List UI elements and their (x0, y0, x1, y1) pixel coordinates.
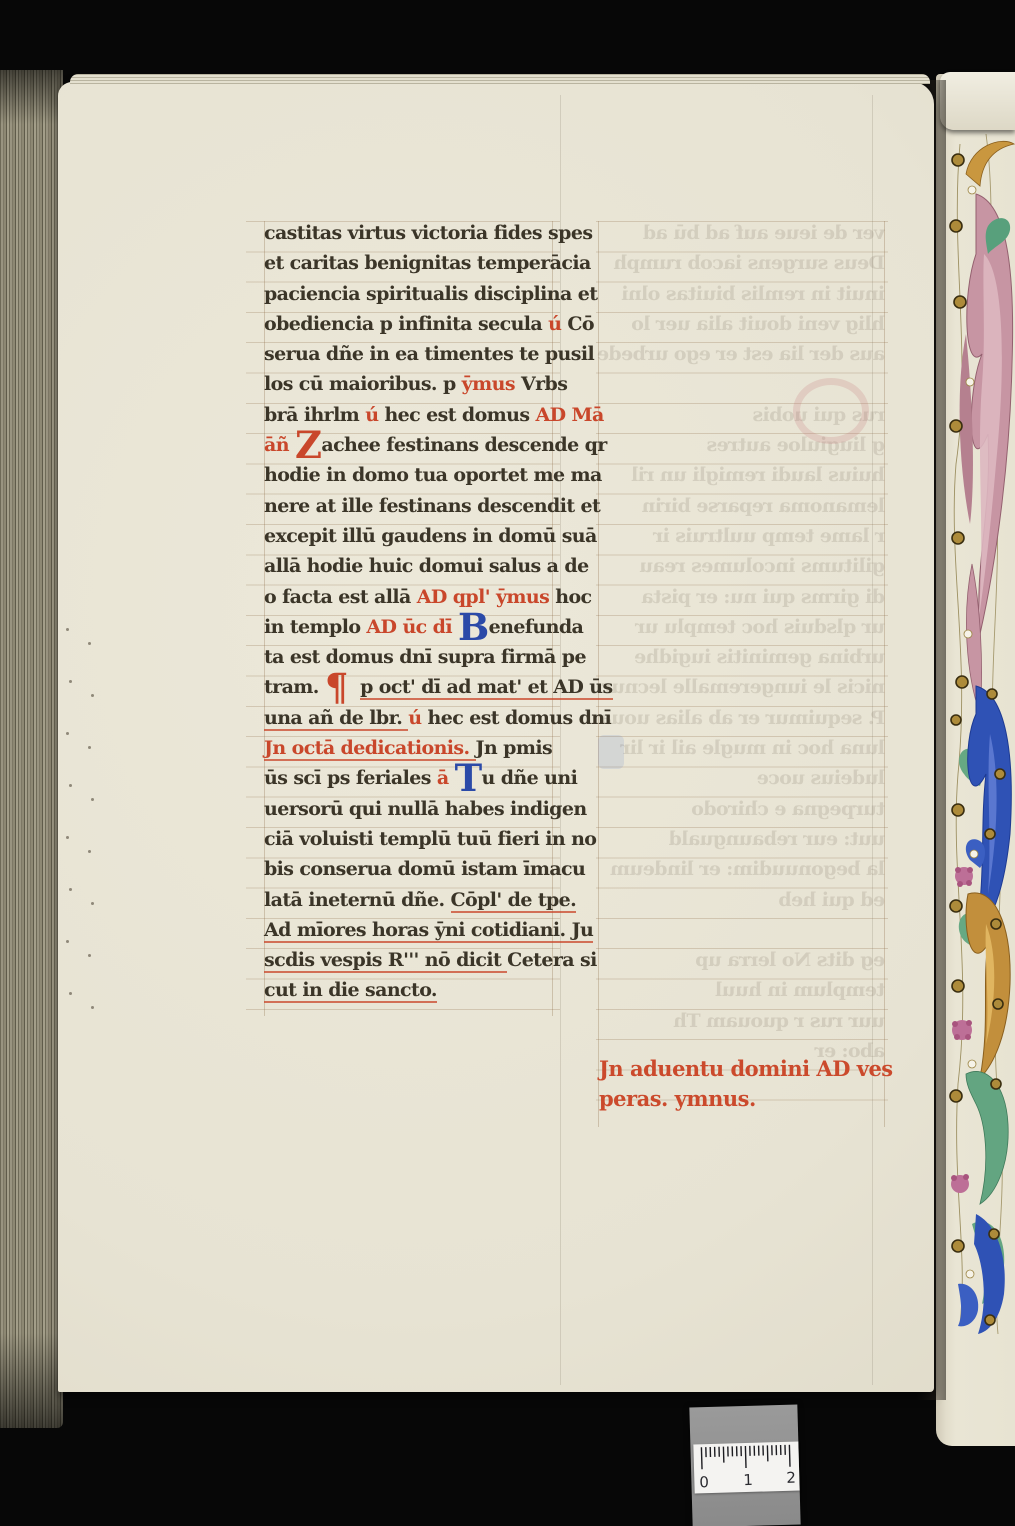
text-segment: cut in die sancto. (264, 979, 437, 1003)
bleedthrough-line: r lame temp uultruis ir (597, 521, 885, 551)
bleedthrough-line: uur rus r quouam Th (597, 1006, 885, 1036)
prick-mark (88, 954, 91, 957)
text-segment: excepit illū gaudens in domū suā (264, 525, 597, 547)
text-segment: Jn octā dedicationis. (264, 737, 476, 761)
text-segment: ā (437, 767, 455, 789)
ruler-label-0: 0 (699, 1473, 709, 1491)
text-segment: scdis vespis R''' nō dicit (264, 949, 507, 973)
pink-thistle (952, 1020, 972, 1040)
vine-stem (954, 144, 963, 1324)
manuscript-text-column: castitas virtus victoria fides speset ca… (264, 218, 556, 1006)
text-segment: ūs scī ps feriales (264, 767, 437, 789)
manuscript-line: et caritas benignitas temperācia (264, 248, 556, 278)
ruler-label-2: 2 (786, 1469, 796, 1487)
prick-mark (69, 888, 72, 891)
manuscript-line: obediencia p infinita secula ú Cō (264, 309, 556, 339)
text-segment: uersorū qui nullā habes indigen (264, 798, 587, 820)
prick-mark (66, 628, 69, 631)
manuscript-line: allā hodie huic domui salus a de (264, 551, 556, 581)
text-segment: hodie in domo tua oportet me ma (264, 464, 602, 486)
manuscript-line: los cū maioribus. p ȳmus Vrbs (264, 369, 556, 399)
text-segment: ú (548, 313, 567, 335)
manuscript-line: serua dñe in ea timentes te pusil (264, 339, 556, 369)
text-segment: ȳmus (462, 373, 521, 395)
text-segment: achee festinans descende qr (321, 434, 606, 456)
manuscript-line: ciā voluisti templū tuū fieri in no (264, 824, 556, 854)
prick-mark (66, 836, 69, 839)
bleedthrough-line: luna hoc in mugle ail ir lir (597, 733, 885, 763)
prick-mark (88, 746, 91, 749)
manuscript-line: ta est domus dnī supra firmā pe (264, 642, 556, 672)
manuscript-line: ūs scī ps feriales ā Tu dñe uni (264, 763, 556, 793)
manuscript-line: āñ Zachee festinans descende qr (264, 430, 556, 460)
bleedthrough-line: eg dits No lerra up (597, 945, 885, 975)
manuscript-line: cut in die sancto. (264, 975, 556, 1005)
prick-mark (91, 902, 94, 905)
prick-mark (88, 850, 91, 853)
manuscript-line: o facta est allā AD qpl' ȳmus hoc (264, 582, 556, 612)
manuscript-line: tram. ¶ p oct' dī ad mat' et AD ūs (264, 672, 556, 702)
manuscript-line: nere at ille festinans descendit et (264, 491, 556, 521)
prick-mark (91, 798, 94, 801)
bleedthrough-line: ur qlsduis hoc templu ur (597, 612, 885, 642)
bleedthrough-initial (793, 378, 869, 444)
text-segment: p oct' dī ad mat' et AD ūs (360, 676, 613, 700)
prick-mark (91, 694, 94, 697)
prick-mark (69, 992, 72, 995)
bleedthrough-line: gilitums incolumes reau (597, 551, 885, 581)
bleedthrough-line: turpegna e chirodo (597, 794, 885, 824)
text-segment: u dñe uni (482, 767, 578, 789)
bleedthrough-initial (598, 735, 624, 769)
pink-thistle (955, 867, 973, 887)
incipit-line: Jn aduentu domini AD ves (599, 1053, 889, 1083)
text-segment: AD ūc dī (366, 616, 458, 638)
text-segment: āñ (264, 434, 295, 456)
text-segment: nere at ille festinans descendit et (264, 495, 600, 517)
text-segment: allā hodie huic domui salus a de (264, 555, 589, 577)
text-segment: ú (408, 707, 427, 729)
text-segment: Cetera si (507, 949, 597, 971)
prick-mark (69, 680, 72, 683)
text-segment: enefunda (489, 616, 584, 638)
text-segment: serua dñe in ea timentes te pusil (264, 343, 594, 365)
manuscript-line: Ad mīores horas ȳni cotidiani. Ju (264, 915, 556, 945)
bleedthrough-line: P. sequimur er ab alias uoua (597, 703, 885, 733)
text-segment: castitas virtus victoria fides spes (264, 222, 592, 244)
text-segment: obediencia p infinita secula (264, 313, 548, 335)
bleedthrough-line: aus der lia est er ego urbedeba (597, 339, 885, 369)
text-segment: los cū maioribus. p (264, 373, 462, 395)
manuscript-line: scdis vespis R''' nō dicit Cetera si (264, 945, 556, 975)
bleedthrough-line: lemanoma reparse birin (597, 491, 885, 521)
ruler-scale: 0 1 2 (693, 1442, 799, 1494)
illuminated-floral-border (946, 134, 1015, 1334)
bleedthrough-line: ver de ieue auf ad bū ad (597, 218, 885, 248)
text-segment: o facta est allā (264, 586, 417, 608)
manuscript-line: Jn octā dedicationis. Jn pmis (264, 733, 556, 763)
text-segment: ciā voluisti templū tuū fieri in no (264, 828, 596, 850)
prick-mark (66, 940, 69, 943)
book-foredge-stack (0, 70, 63, 1428)
bleedthrough-line: urbina geminitis iugidhe (597, 642, 885, 672)
bleedthrough-line: templum in huul (597, 975, 885, 1005)
bleedthrough-line: ed qui heb (597, 885, 885, 915)
rubric-incipit: Jn aduentu domini AD ves peras. ymnus. (599, 1053, 889, 1114)
prick-mark (69, 784, 72, 787)
bleedthrough-line: nicis le iungeremalle lecnur (597, 672, 885, 702)
text-segment: Ad mīores horas ȳni cotidiani. Ju (264, 919, 593, 943)
blue-curl (958, 1284, 978, 1327)
prick-mark (88, 642, 91, 645)
text-segment: una añ de lbr. (264, 707, 408, 731)
text-segment: ú (365, 404, 384, 426)
parchment-tab (940, 72, 1015, 130)
text-segment: paciencia spiritualis disciplina et (264, 283, 597, 305)
manuscript-line: hodie in domo tua oportet me ma (264, 460, 556, 490)
bleedthrough-line: di girms qui nu: er pista (597, 582, 885, 612)
text-segment: et caritas benignitas temperācia (264, 252, 591, 274)
text-segment: AD Mā (536, 404, 604, 426)
manuscript-line: excepit illū gaudens in domū suā (264, 521, 556, 551)
text-segment: bis conserua domū istam īmacu (264, 858, 585, 880)
manuscript-line: paciencia spiritualis disciplina et (264, 279, 556, 309)
bleedthrough-text-column: ver de ieue auf ad bū adDeus surgens iac… (597, 218, 885, 1066)
prick-mark (66, 732, 69, 735)
manuscript-line: uersorū qui nullā habes indigen (264, 794, 556, 824)
bleedthrough-line: ludeius uoce (597, 763, 885, 793)
text-segment: Cō (567, 313, 594, 335)
manuscript-line: bis conserua domū istam īmacu (264, 854, 556, 884)
text-segment: hoc (555, 586, 591, 608)
bleedthrough-line: hlig veni douit alia uer lo (597, 309, 885, 339)
ruler-label-1: 1 (743, 1471, 753, 1489)
ruler-ticks (701, 1445, 790, 1469)
manuscript-line: castitas virtus victoria fides spes (264, 218, 556, 248)
text-segment: in templo (264, 616, 366, 638)
text-segment: hec est domus (384, 404, 535, 426)
incipit-line: peras. ymnus. (599, 1083, 889, 1113)
bleedthrough-line: uut: eur rebaunguald (597, 824, 885, 854)
manuscript-line: una añ de lbr. ú hec est domus dnī (264, 703, 556, 733)
prick-mark (91, 1006, 94, 1009)
bleedthrough-line: huius laudi remigli un ril (597, 460, 885, 490)
text-segment: hec est domus dnī (428, 707, 612, 729)
bleedthrough-line (597, 915, 885, 945)
text-segment: ta est domus dnī supra firmā pe (264, 646, 586, 668)
manuscript-line: latā ineternū dñe. Cōpl' de tpe. (264, 885, 556, 915)
bleedthrough-line: inuit in remlis biuitas olni (597, 279, 885, 309)
bleedthrough-line: Deus surgens iacob rumph (597, 248, 885, 278)
text-segment: Jn pmis (476, 737, 553, 759)
text-segment: latā ineternū dñe. (264, 889, 451, 911)
pink-thistle (951, 1174, 969, 1193)
manuscript-line: in templo AD ūc dī Benefunda (264, 612, 556, 642)
page-top-edges (70, 74, 930, 84)
text-segment: tram. (264, 676, 325, 698)
text-segment: Cōpl' de tpe. (451, 889, 577, 913)
text-segment: Vrbs (521, 373, 567, 395)
bleedthrough-line: la begonuudim: er lindeum (597, 854, 885, 884)
